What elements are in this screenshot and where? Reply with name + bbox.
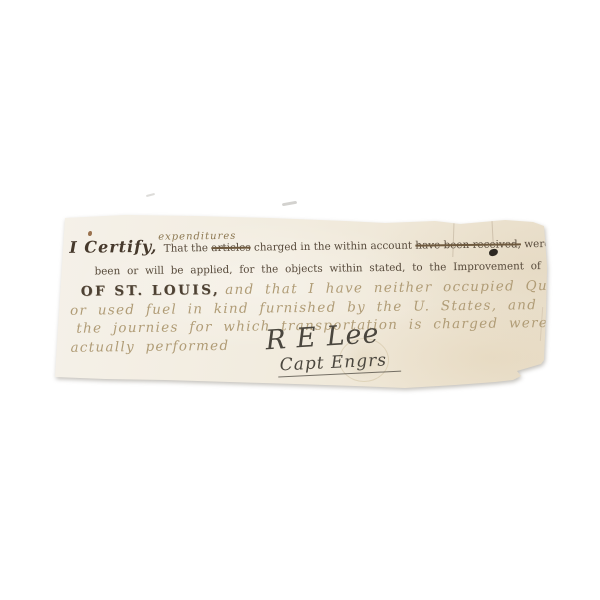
signature-name: R E Lee (265, 320, 381, 354)
certify-heading: I Certify, (69, 237, 157, 257)
line1-text-c: were necessary for, and have (524, 236, 600, 250)
line1-struck-articles: articles (211, 242, 250, 254)
photo-backdrop: expenditures I Certify, That the article… (0, 0, 600, 600)
printed-line-3: OF ST. LOUIS, and that I have neither oc… (81, 276, 597, 299)
printed-line-2: been or will be applied, for the objects… (95, 258, 600, 278)
printed-line-1: I Certify, That the articles charged in … (69, 232, 600, 255)
st-louis-display-word: OF ST. LOUIS, (81, 282, 220, 300)
paper-shadow-wrap: expenditures I Certify, That the article… (0, 0, 600, 600)
handwritten-line-4: actually performed (70, 340, 229, 355)
line2-text: been or will be applied, for the objects… (95, 260, 565, 278)
document-text-layer: expenditures I Certify, That the article… (54, 209, 551, 397)
line1-struck-received: have been received, (415, 238, 521, 251)
line1-text-b: charged in the within account (254, 240, 412, 254)
signature-title: Capt Engrs (277, 352, 401, 378)
line1-text-a: That the (164, 242, 208, 255)
document-paper-scrap: expenditures I Certify, That the article… (55, 212, 550, 394)
photo-background: { "photo": { "background_color": "#fffff… (0, 0, 600, 600)
harbor-display-word: HARBOR (571, 256, 600, 273)
handwritten-line-1: and that I have neither occupied Quarter… (225, 277, 597, 298)
